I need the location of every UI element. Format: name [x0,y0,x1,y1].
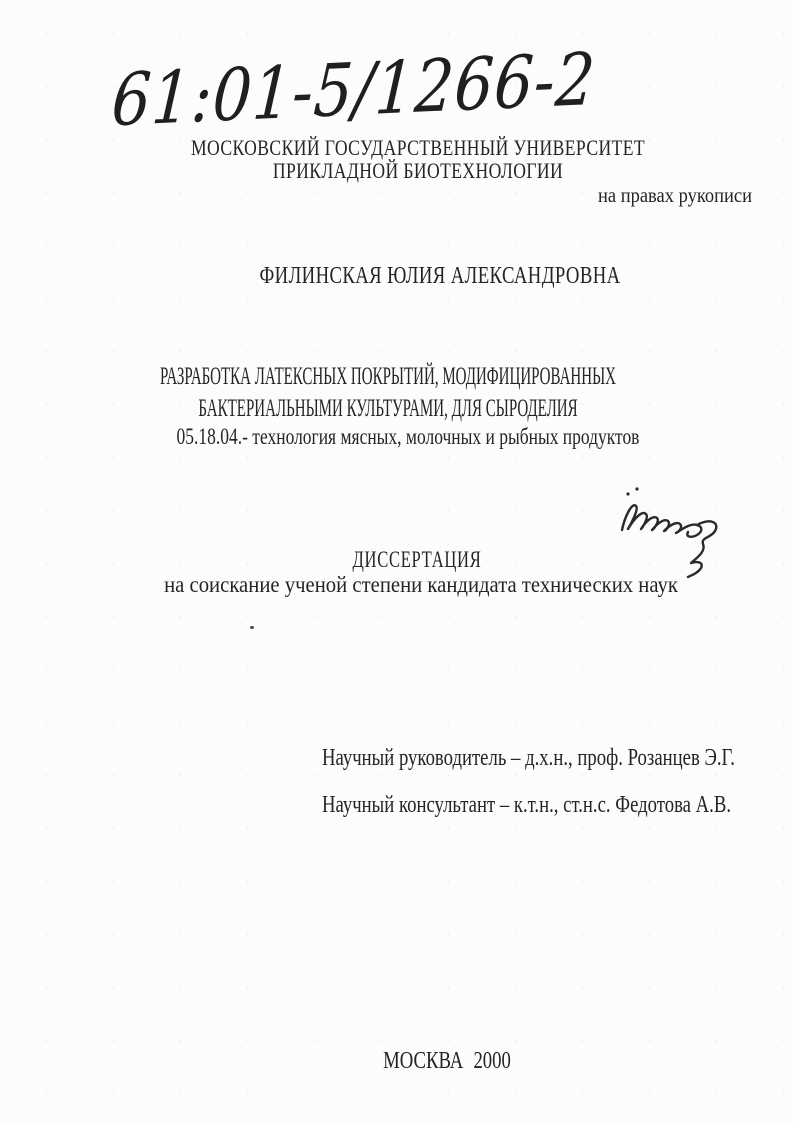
manuscript-rights-note: на правах рукописи [598,183,752,208]
scan-speck [250,626,254,629]
consultant-line: Научный консультант – к.т.н., ст.н.с. Фе… [322,792,731,819]
signature-dot [635,487,638,490]
document-type-heading: ДИССЕРТАЦИЯ [352,547,481,573]
university-name-line1: МОСКОВСКИЙ ГОСУДАРСТВЕННЫЙ УНИВЕРСИТЕТ [191,136,645,159]
specialty-code-line: 05.18.04.- технология мясных, молочных и… [177,424,640,450]
dissertation-title: РАЗРАБОТКА ЛАТЕКСНЫХ ПОКРЫТИЙ, МОДИФИЦИР… [160,361,616,425]
signature-stroke [622,505,701,536]
supervisor-line: Научный руководитель – д.х.н., проф. Роз… [322,745,735,772]
university-name-line2: ПРИКЛАДНОЙ БИОТЕХНОЛОГИИ [191,159,645,182]
handwritten-catalog-number: 61:01-5/1266-2 [110,43,598,136]
degree-sought-line: на соискание ученой степени кандидата те… [164,572,678,598]
signature-scribble [598,474,758,582]
title-line1: РАЗРАБОТКА ЛАТЕКСНЫХ ПОКРЫТИЙ, МОДИФИЦИР… [160,361,616,393]
author-name: ФИЛИНСКАЯ ЮЛИЯ АЛЕКСАНДРОВНА [259,263,620,290]
university-header: МОСКОВСКИЙ ГОСУДАРСТВЕННЫЙ УНИВЕРСИТЕТ П… [191,136,645,182]
scanned-title-page: 61:01-5/1266-2 МОСКОВСКИЙ ГОСУДАРСТВЕННЫ… [0,0,793,1122]
city-year-line: МОСКВА 2000 [383,1048,511,1075]
signature-dot [626,492,629,495]
title-line2: БАКТЕРИАЛЬНЫМИ КУЛЬТУРАМИ, ДЛЯ СЫРОДЕЛИЯ [160,393,616,425]
